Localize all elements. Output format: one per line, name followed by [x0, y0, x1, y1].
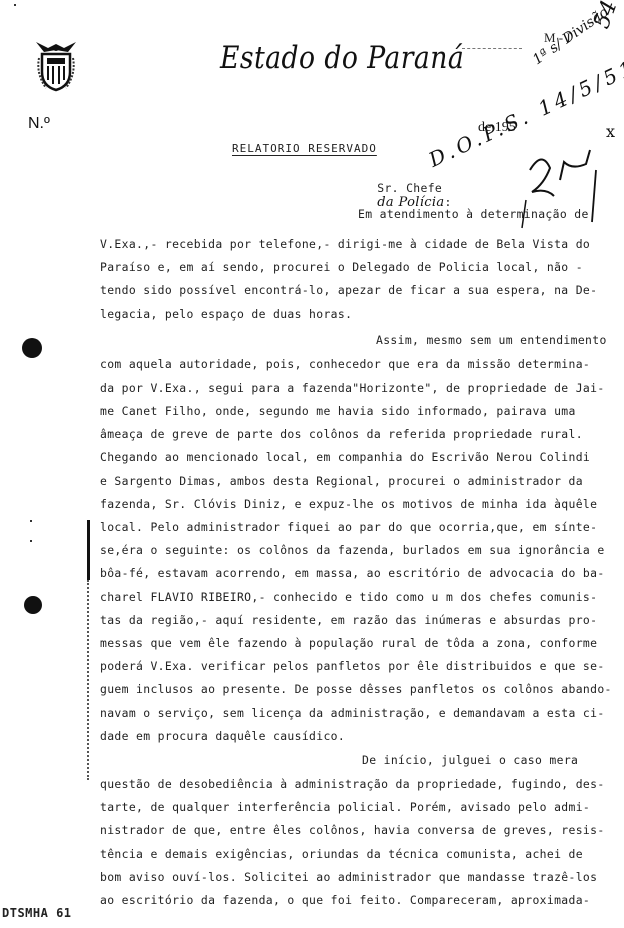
body-line: da por V.Exa., segui para a fazenda"Hori…	[100, 381, 605, 395]
body-line: ao escritório da fazenda, o que foi feit…	[100, 893, 590, 907]
document-page: Estado do Paraná M - I N.º de 195 54 1ª …	[0, 0, 624, 928]
letterhead-state-name: Estado do Paraná	[220, 40, 464, 76]
body-line: navam o serviço, sem licença da administ…	[100, 706, 605, 720]
body-line: me Canet Filho, onde, segundo me havia s…	[100, 404, 576, 418]
body-line: poderá V.Exa. verificar pelos panfletos …	[100, 659, 605, 673]
body-line: De início, julguei o caso mera	[362, 753, 578, 767]
body-line: âmeaça de greve de parte dos colônos da …	[100, 427, 583, 441]
body-line: tência e demais exigências, oriundas da …	[100, 847, 583, 861]
punch-hole	[22, 338, 42, 358]
letterhead-rule	[462, 48, 522, 49]
body-line: bom aviso ouví-los. Solicitei ao adminis…	[100, 870, 597, 884]
salutation-text: Sr. Chefe	[377, 181, 442, 195]
body-line: bôa-fé, estavam acorrendo, em massa, ao …	[100, 566, 605, 580]
scan-speck	[30, 520, 32, 522]
body-line: Assim, mesmo sem um entendimento	[376, 333, 607, 347]
body-line: Chegando ao mencionado local, em companh…	[100, 450, 590, 464]
body-line: Em atendimento à determinação de	[358, 207, 589, 221]
body-line: fazenda, Sr. Clóvis Diniz, e expuz-lhe o…	[100, 497, 597, 511]
handwritten-division-note: 1ª s/ Divisão	[530, 4, 612, 68]
body-line: e Sargento Dimas, ambos desta Regional, …	[100, 474, 583, 488]
body-line: messas que vem êle fazendo à população r…	[100, 636, 597, 650]
scan-speck	[30, 540, 32, 542]
body-line: guem inclusos ao presente. De posse dêss…	[100, 682, 612, 696]
body-line: nistrador de que, entre êles colônos, ha…	[100, 823, 605, 837]
body-line: dade em procura daquêle causídico.	[100, 729, 345, 743]
scan-speck	[14, 4, 16, 6]
body-line: tarte, de qualquer interferência policia…	[100, 800, 590, 814]
report-title: RELATORIO RESERVADO	[232, 142, 377, 155]
archive-stamp: DTSMHA 61	[2, 906, 72, 920]
body-line: com aquela autoridade, pois, conhecedor …	[100, 357, 590, 371]
body-line: local. Pelo administrador fiquei ao par …	[100, 520, 597, 534]
body-line: legacia, pelo espaço de duas horas.	[100, 307, 352, 321]
body-line: se,éra o seguinte: os colônos da fazenda…	[100, 543, 605, 557]
document-number-label: N.º	[28, 115, 50, 133]
margin-mark	[87, 520, 90, 580]
parana-coat-of-arms-icon	[34, 38, 78, 94]
body-line: Paraíso e, em aí sendo, procurei o Deleg…	[100, 260, 583, 274]
body-line: charel FLAVIO RIBEIRO,- conhecido e tido…	[100, 590, 597, 604]
body-line: tas da região,- aquí residente, em razão…	[100, 613, 597, 627]
body-line: V.Exa.,- recebida por telefone,- dirigi-…	[100, 237, 590, 251]
margin-dotted-mark	[87, 580, 91, 780]
body-line: questão de desobediência à administração…	[100, 777, 605, 791]
punch-hole	[24, 596, 42, 614]
body-line: tendo sido possível encontrá-lo, apezar …	[100, 283, 597, 297]
handwritten-mark: x	[606, 122, 615, 141]
